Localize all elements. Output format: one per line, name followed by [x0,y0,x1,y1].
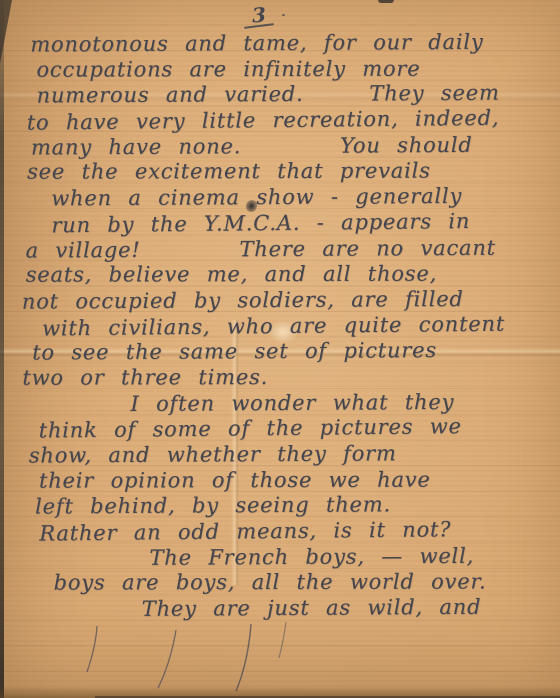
letter-line: monotonous and tame, for our daily [0,29,558,58]
letter-line: see the excitement that prevails [0,159,559,186]
letter-line: show, and whether they form [1,440,560,469]
page-number-underline [244,23,274,29]
letter-page: 3 monotonous and tame, for our dailyoccu… [0,0,560,698]
scan-mark-top [378,0,394,3]
letter-line: seats, believe me, and all those, [0,261,560,288]
letter-body: monotonous and tame, for our dailyoccupa… [0,29,560,623]
scan-edge-bottom [0,686,560,698]
letter-line: with civilians, who are quite content [0,311,560,343]
page-number-dot [282,14,285,16]
letter-line: their opinion of those we have [1,467,560,494]
letter-line: two or three times. [0,364,560,391]
letter-line: They are just as wild, and [2,594,560,623]
letter-line: a village! There are no vacant [0,235,560,264]
letter-line: boys are boys, all the world over. [2,570,560,597]
letter-line: The French boys, — well, [1,543,560,572]
letter-line: many have none. You should [0,132,559,161]
letter-line: not occupied by soldiers, are filled [0,286,560,315]
letter-line: to see the same set of pictures [0,338,560,367]
letter-line: occupations are infinitely more [0,56,558,83]
